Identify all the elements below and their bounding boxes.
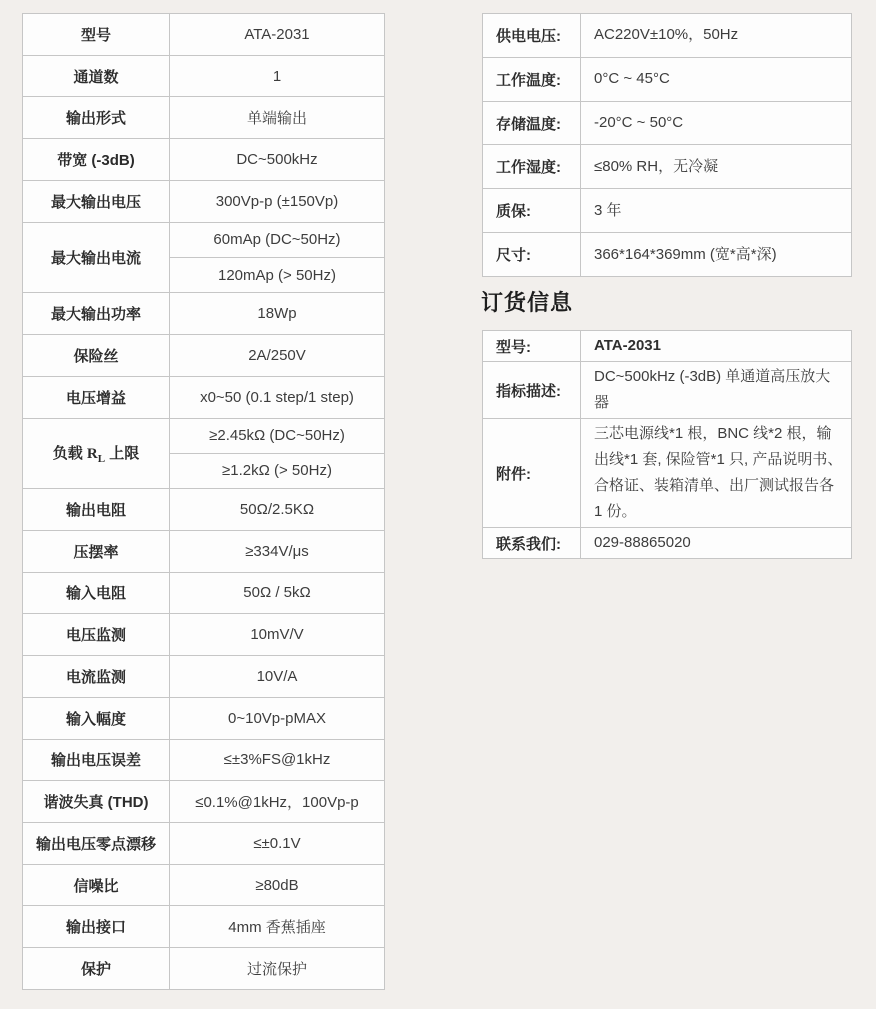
spec-value: ≥1.2kΩ (> 50Hz) xyxy=(170,453,385,488)
spec-row: 最大输出电压300Vp-p (±150Vp) xyxy=(23,180,385,222)
env-label: 工作湿度: xyxy=(483,145,581,189)
spec-label: 输出形式 xyxy=(23,97,170,139)
spec-label: 谐波失真 (THD) xyxy=(23,781,170,823)
spec-label: 型号 xyxy=(23,14,170,56)
spec-row: 电压监测10mV/V xyxy=(23,614,385,656)
order-value: DC~500kHz (-3dB) 单通道高压放大器 xyxy=(581,362,852,419)
spec-value: 60mAp (DC~50Hz) xyxy=(170,222,385,257)
spec-value: ATA-2031 xyxy=(170,14,385,56)
spec-label: 电压增益 xyxy=(23,376,170,418)
spec-label: 输出接口 xyxy=(23,906,170,948)
spec-row: 输出电阻50Ω/2.5KΩ xyxy=(23,489,385,531)
spec-label-text: 输出接口 xyxy=(66,919,126,936)
spec-row: 电压增益x0~50 (0.1 step/1 step) xyxy=(23,376,385,418)
spec-label: 输入电阻 xyxy=(23,572,170,614)
spec-row: 输出电压零点漂移≤±0.1V xyxy=(23,823,385,865)
spec-row: 保险丝2A/250V xyxy=(23,335,385,377)
spec-row: 最大输出电流60mAp (DC~50Hz) xyxy=(23,222,385,257)
spec-label-text: 最大输出电压 xyxy=(51,194,141,211)
spec-label-text: 输入幅度 xyxy=(66,711,126,728)
env-label: 供电电压: xyxy=(483,14,581,58)
env-value: -20°C ~ 50°C xyxy=(581,101,852,145)
spec-label-subscript: L xyxy=(98,453,105,465)
spec-label-text: 电压增益 xyxy=(66,390,126,407)
spec-label: 最大输出电流 xyxy=(23,222,170,293)
spec-label-text: 压摆率 xyxy=(73,544,118,561)
spec-value: 120mAp (> 50Hz) xyxy=(170,257,385,292)
spec-label-text: 输入电阻 xyxy=(66,585,126,602)
spec-label-text: 电压监测 xyxy=(66,627,126,644)
env-table: 供电电压:AC220V±10%，50Hz工作温度:0°C ~ 45°C存储温度:… xyxy=(482,13,852,277)
spec-label: 输出电压误差 xyxy=(23,739,170,781)
spec-label: 带宽 (-3dB) xyxy=(23,139,170,181)
spec-row: 型号ATA-2031 xyxy=(23,14,385,56)
spec-label: 保护 xyxy=(23,948,170,990)
order-row: 附件:三芯电源线*1 根，BNC 线*2 根，输出线*1 套, 保险管*1 只,… xyxy=(483,419,852,528)
spec-value: ≥334V/μs xyxy=(170,530,385,572)
spec-label-text: 输出电压零点漂移 xyxy=(36,836,156,853)
spec-row: 通道数1 xyxy=(23,55,385,97)
order-label: 附件: xyxy=(483,419,581,528)
spec-value: ≤±3%FS@1kHz xyxy=(170,739,385,781)
spec-value: ≤0.1%@1kHz，100Vp-p xyxy=(170,781,385,823)
spec-value: 0~10Vp-pMAX xyxy=(170,697,385,739)
spec-label-text: 最大输出功率 xyxy=(51,306,141,323)
env-row: 尺寸:366*164*369mm (宽*高*深) xyxy=(483,233,852,277)
spec-label-text: 型号 xyxy=(81,27,111,44)
spec-label: 负载 RL 上限 xyxy=(23,418,170,489)
order-info-heading: 订货信息 xyxy=(481,286,573,317)
env-value: ≤80% RH，无冷凝 xyxy=(581,145,852,189)
spec-value: DC~500kHz xyxy=(170,139,385,181)
spec-value: ≤±0.1V xyxy=(170,823,385,865)
spec-table: 型号ATA-2031通道数1输出形式单端输出带宽 (-3dB)DC~500kHz… xyxy=(22,13,385,990)
spec-row: 电流监测10V/A xyxy=(23,656,385,698)
spec-label: 最大输出电压 xyxy=(23,180,170,222)
spec-label-text: 带宽 (-3dB) xyxy=(57,152,135,169)
order-value: ATA-2031 xyxy=(581,331,852,362)
spec-row: 谐波失真 (THD)≤0.1%@1kHz，100Vp-p xyxy=(23,781,385,823)
spec-label-text: 保护 xyxy=(81,961,111,978)
order-row: 型号:ATA-2031 xyxy=(483,331,852,362)
spec-value: 50Ω/2.5KΩ xyxy=(170,489,385,531)
spec-label: 保险丝 xyxy=(23,335,170,377)
spec-label: 压摆率 xyxy=(23,530,170,572)
env-label: 工作温度: xyxy=(483,57,581,101)
order-value: 029-88865020 xyxy=(581,528,852,559)
spec-label: 电压监测 xyxy=(23,614,170,656)
spec-label-text: 负载 xyxy=(53,445,87,462)
spec-label-text: 通道数 xyxy=(73,69,118,86)
spec-row: 输出形式单端输出 xyxy=(23,97,385,139)
order-row: 联系我们:029-88865020 xyxy=(483,528,852,559)
env-row: 存储温度:-20°C ~ 50°C xyxy=(483,101,852,145)
spec-label-text: 信噪比 xyxy=(73,878,118,895)
spec-row: 最大输出功率18Wp xyxy=(23,293,385,335)
spec-value: ≥2.45kΩ (DC~50Hz) xyxy=(170,418,385,453)
spec-label: 输出电阻 xyxy=(23,489,170,531)
spec-label-text: 最大输出电流 xyxy=(51,250,141,267)
spec-label-text: 输出电压误差 xyxy=(51,752,141,769)
spec-value: x0~50 (0.1 step/1 step) xyxy=(170,376,385,418)
spec-label: 电流监测 xyxy=(23,656,170,698)
spec-label-text: 电流监测 xyxy=(66,669,126,686)
spec-label-symbol: R xyxy=(87,446,98,462)
spec-row: 输入幅度0~10Vp-pMAX xyxy=(23,697,385,739)
spec-value: 4mm 香蕉插座 xyxy=(170,906,385,948)
env-label: 存储温度: xyxy=(483,101,581,145)
spec-label-text: 保险丝 xyxy=(73,348,118,365)
spec-row: 信噪比≥80dB xyxy=(23,864,385,906)
spec-value: 10mV/V xyxy=(170,614,385,656)
spec-value: 1 xyxy=(170,55,385,97)
spec-label-suffix: 上限 xyxy=(105,445,139,462)
spec-label-text: 输出形式 xyxy=(66,110,126,127)
order-label: 联系我们: xyxy=(483,528,581,559)
spec-label: 信噪比 xyxy=(23,864,170,906)
order-label: 指标描述: xyxy=(483,362,581,419)
env-value: 0°C ~ 45°C xyxy=(581,57,852,101)
env-row: 工作湿度:≤80% RH，无冷凝 xyxy=(483,145,852,189)
spec-row: 带宽 (-3dB)DC~500kHz xyxy=(23,139,385,181)
order-table: 型号:ATA-2031指标描述:DC~500kHz (-3dB) 单通道高压放大… xyxy=(482,330,852,559)
env-value: 366*164*369mm (宽*高*深) xyxy=(581,233,852,277)
spec-value: 2A/250V xyxy=(170,335,385,377)
spec-value: 50Ω / 5kΩ xyxy=(170,572,385,614)
order-row: 指标描述:DC~500kHz (-3dB) 单通道高压放大器 xyxy=(483,362,852,419)
spec-label-text: 输出电阻 xyxy=(66,502,126,519)
page: 型号ATA-2031通道数1输出形式单端输出带宽 (-3dB)DC~500kHz… xyxy=(0,0,876,1009)
env-value: AC220V±10%，50Hz xyxy=(581,14,852,58)
spec-label-text: 谐波失真 (THD) xyxy=(44,794,149,811)
spec-row: 压摆率≥334V/μs xyxy=(23,530,385,572)
env-value: 3 年 xyxy=(581,189,852,233)
order-label: 型号: xyxy=(483,331,581,362)
spec-label: 通道数 xyxy=(23,55,170,97)
spec-row: 输出电压误差≤±3%FS@1kHz xyxy=(23,739,385,781)
spec-row: 保护过流保护 xyxy=(23,948,385,990)
env-row: 工作温度:0°C ~ 45°C xyxy=(483,57,852,101)
spec-row: 输出接口4mm 香蕉插座 xyxy=(23,906,385,948)
env-label: 质保: xyxy=(483,189,581,233)
spec-label: 输入幅度 xyxy=(23,697,170,739)
order-value: 三芯电源线*1 根，BNC 线*2 根，输出线*1 套, 保险管*1 只, 产品… xyxy=(581,419,852,528)
spec-value: 18Wp xyxy=(170,293,385,335)
spec-label: 最大输出功率 xyxy=(23,293,170,335)
env-label: 尺寸: xyxy=(483,233,581,277)
spec-row: 输入电阻50Ω / 5kΩ xyxy=(23,572,385,614)
env-row: 质保:3 年 xyxy=(483,189,852,233)
spec-value: 300Vp-p (±150Vp) xyxy=(170,180,385,222)
spec-value: ≥80dB xyxy=(170,864,385,906)
spec-label: 输出电压零点漂移 xyxy=(23,823,170,865)
spec-value: 过流保护 xyxy=(170,948,385,990)
spec-row: 负载 RL 上限≥2.45kΩ (DC~50Hz) xyxy=(23,418,385,453)
spec-value: 单端输出 xyxy=(170,97,385,139)
env-row: 供电电压:AC220V±10%，50Hz xyxy=(483,14,852,58)
spec-value: 10V/A xyxy=(170,656,385,698)
